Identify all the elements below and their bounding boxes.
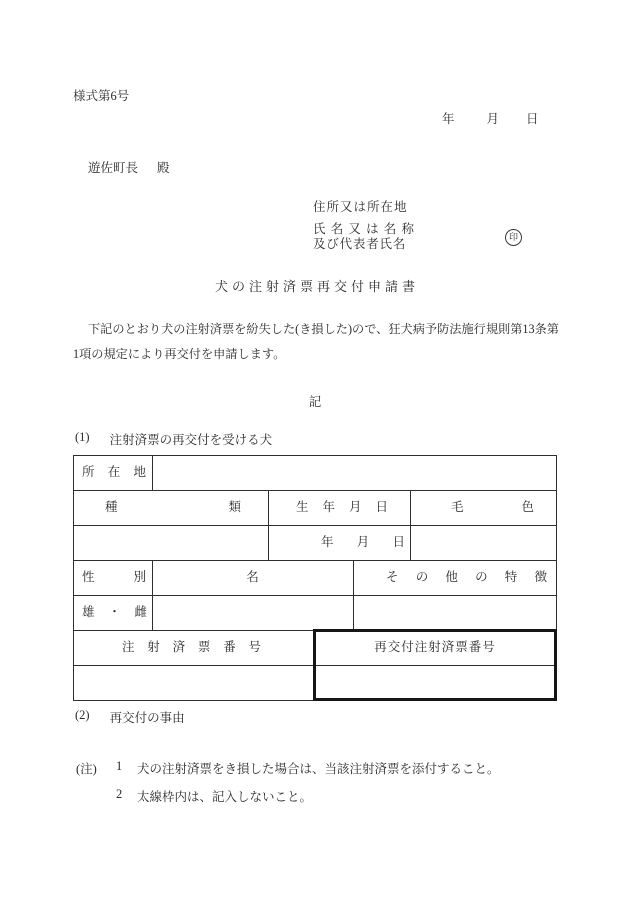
addressee-line: 遊佐町長 殿 [88,158,170,176]
features-label: その他の特徴 [353,560,557,595]
name-value-cell [152,595,353,630]
note-line-2: 2 太線枠内は、記入しないこと。 [116,787,312,805]
date-year-label: 年 [442,109,455,127]
section1-label: 注射済票の再交付を受ける犬 [110,430,273,448]
applicant-name-label-line2: 及び代表者氏名 [313,234,406,252]
body-paragraph-line2: 1項の規定により再交付を申請します。 [73,345,285,362]
addressee-honorific: 殿 [157,158,170,176]
dog-info-table: 所在地 種類 生年月日 毛色 年月日 性別 名 その他の特徴 雄・雌 注射済票番… [73,455,557,701]
body-paragraph-line1: 下記のとおり犬の注射済票を紛失した(き損した)ので、狂犬病予防法施行規則第13条… [88,320,559,337]
tag-number-value-cell [73,665,314,700]
coat-color-label: 毛色 [410,490,557,525]
note1-text: 犬の注射済票をき損した場合は、当該注射済票を添付すること。 [137,759,500,777]
birthdate-label: 生年月日 [268,490,410,525]
section2-number: (2) [75,708,90,726]
features-value-cell [353,595,557,630]
location-value-cell [152,455,557,490]
note1-number: 1 [116,759,137,777]
sex-label: 性別 [73,560,152,595]
note-head: (注) [76,759,116,777]
applicant-address-label: 住所又は所在地 [313,197,408,215]
note-line-1: (注) 1 犬の注射済票をき損した場合は、当該注射済票を添付すること。 [76,759,500,777]
date-line: 年 月 日 [442,109,539,127]
date-month-label: 月 [487,109,500,127]
location-label: 所在地 [73,455,152,490]
section1-number: (1) [75,430,90,448]
section2-heading: (2) 再交付の事由 [75,708,185,726]
date-day-label: 日 [526,109,539,127]
tag-number-label: 注射済票番号 [73,630,314,665]
name-label: 名 [152,560,353,595]
note2-number: 2 [116,787,137,805]
breed-label: 種類 [73,490,268,525]
form-number: 様式第6号 [73,86,129,104]
sex-options-cell: 雄・雌 [73,595,152,630]
section1-heading: (1) 注射済票の再交付を受ける犬 [75,430,272,448]
ki-heading: 記 [0,392,630,410]
coat-color-value-cell [410,525,557,560]
birthdate-unit-cell: 年月日 [268,525,410,560]
addressee-name: 遊佐町長 [88,158,138,176]
breed-value-cell [73,525,268,560]
note2-text: 太線枠内は、記入しないこと。 [137,787,312,805]
reissue-tag-number-label: 再交付注射済票番号 [313,630,557,665]
form-page: 様式第6号 年 月 日 遊佐町長 殿 住所又は所在地 氏名又は名称 及び代表者氏… [0,0,630,915]
seal-icon: 印 [505,229,522,246]
section2-label: 再交付の事由 [110,708,185,726]
document-title: 犬の注射済票再交付申請書 [0,276,630,295]
